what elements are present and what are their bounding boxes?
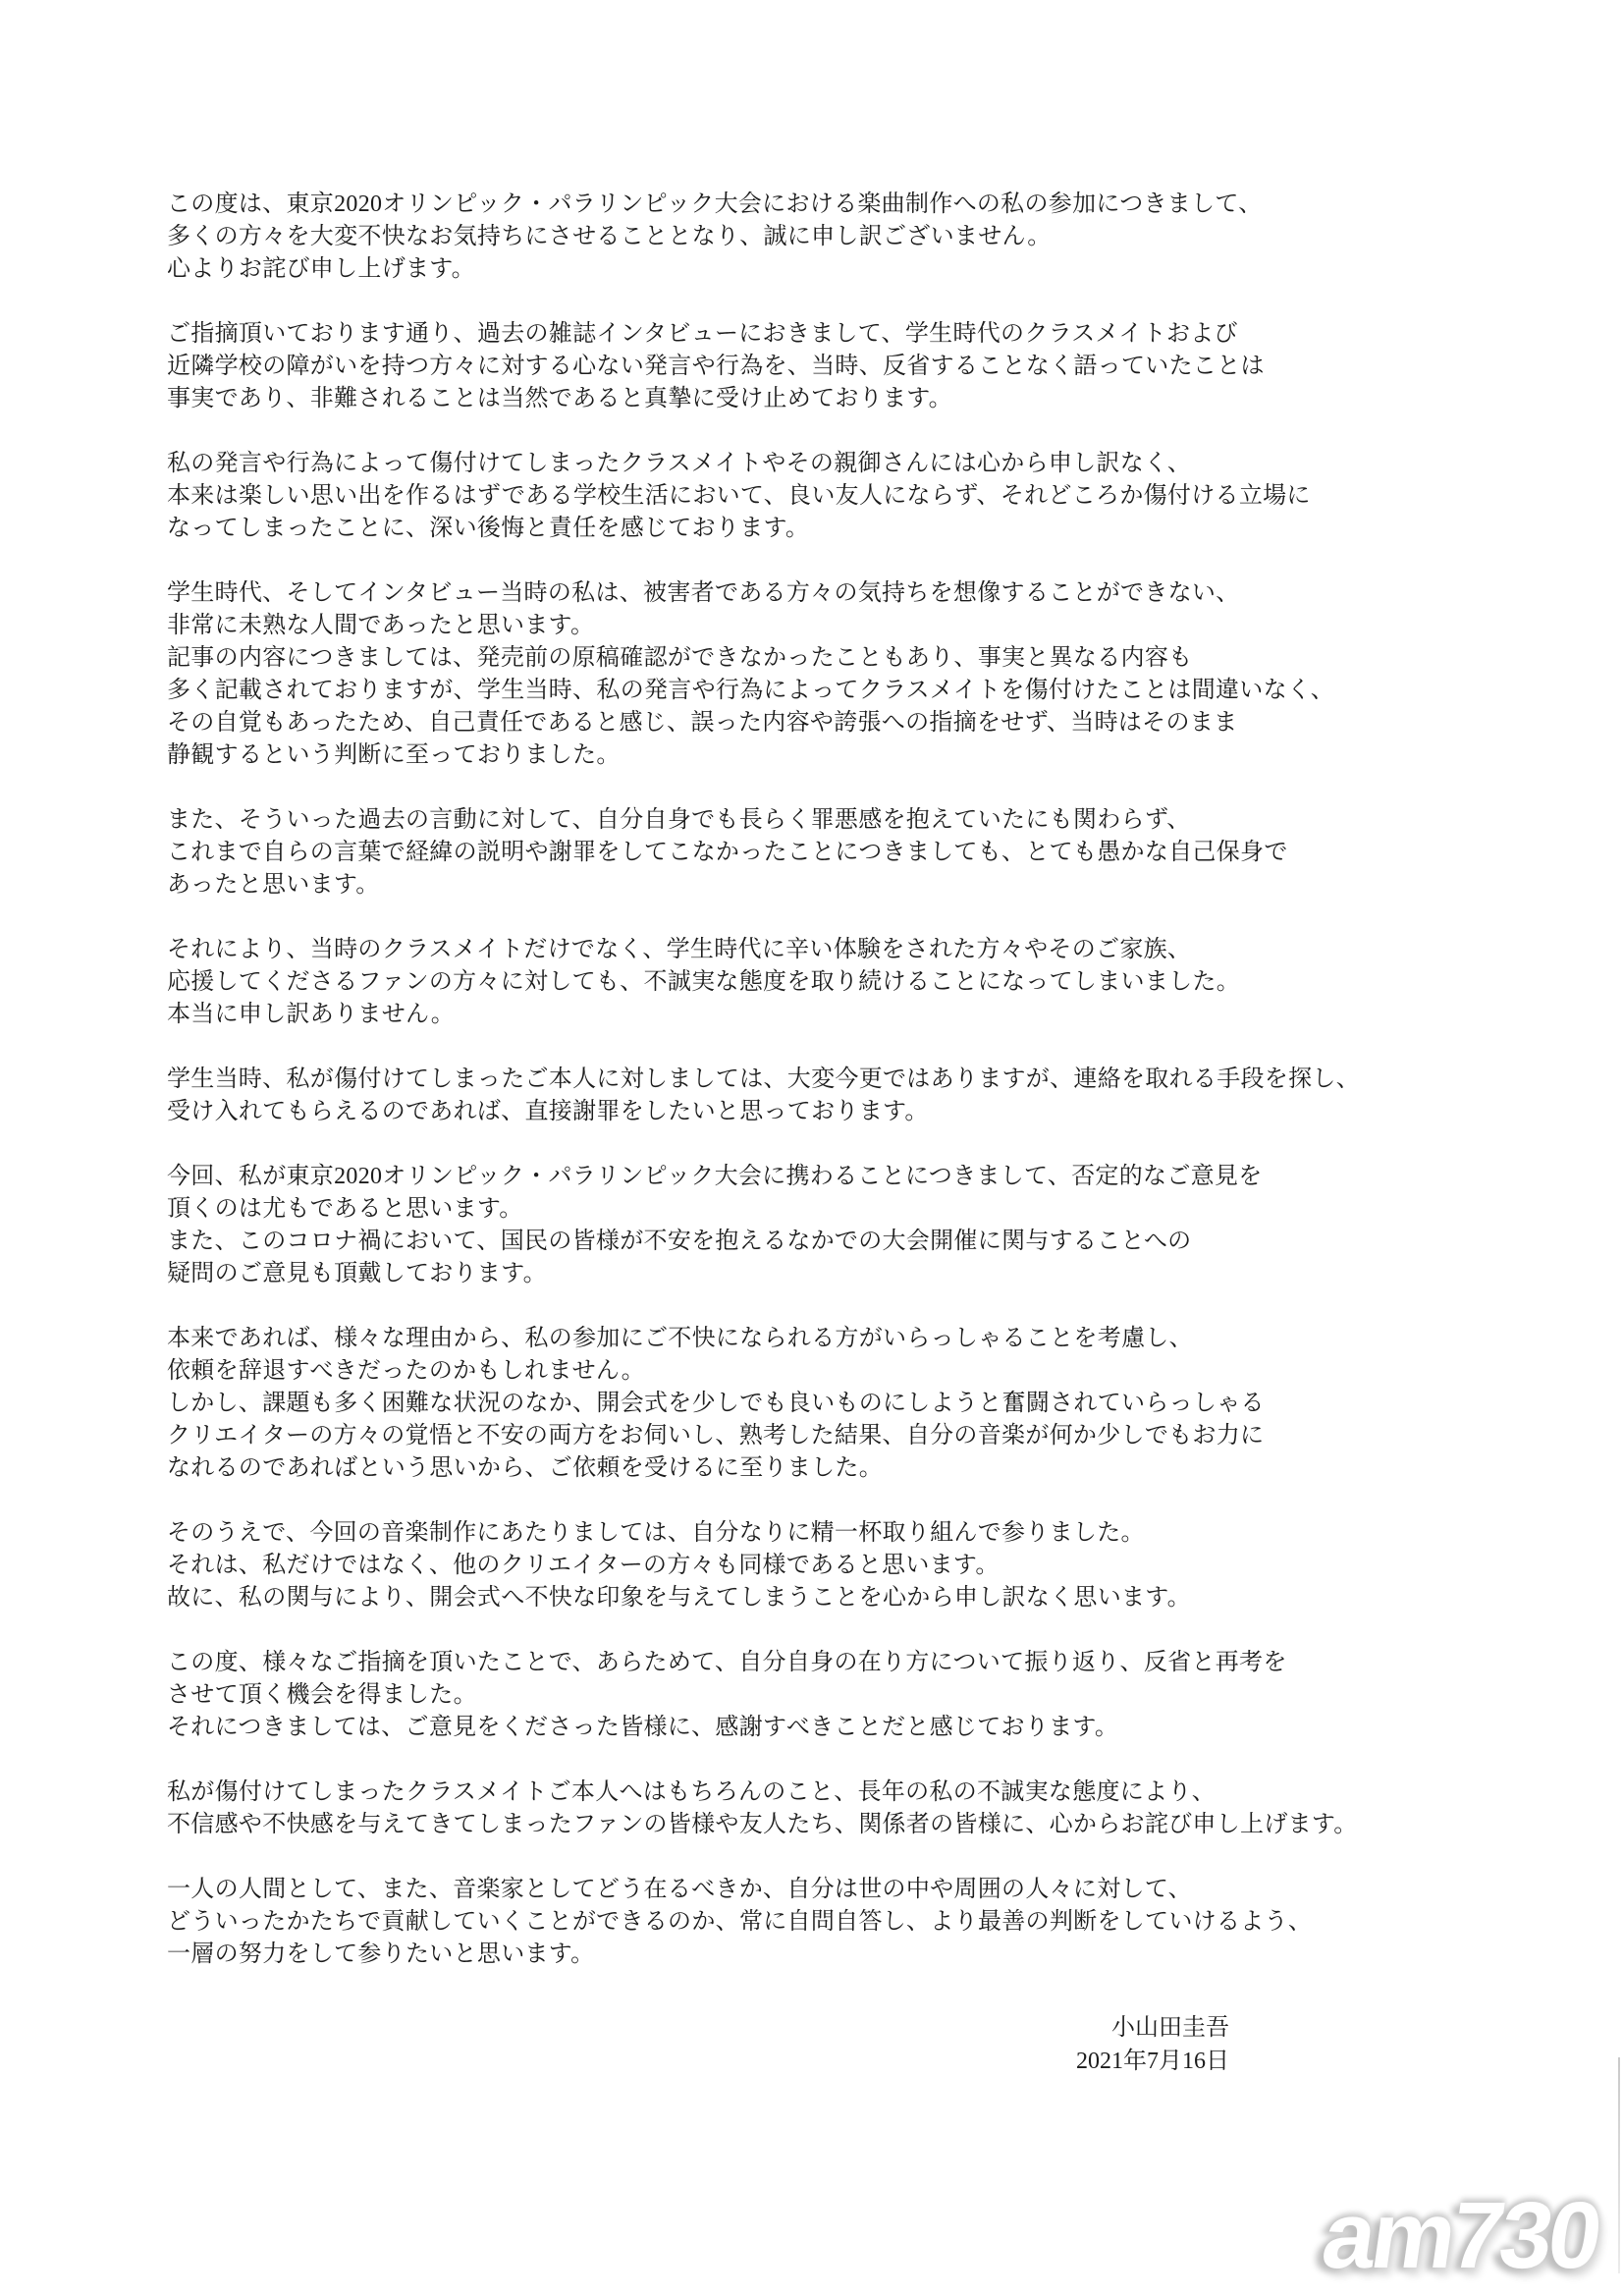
text-line: 本来であれば、様々な理由から、私の参加にご不快になられる方がいらっしゃることを考… [167,1323,1542,1355]
text-line: それは、私だけではなく、他のクリエイターの方々も同様であると思います。 [167,1550,1542,1582]
text-line: 応援してくださるファンの方々に対しても、不誠実な態度を取り続けることになってしま… [167,966,1542,999]
text-line: 非常に未熟な人間であったと思います。 [167,610,1542,642]
text-line: ご指摘頂いております通り、過去の雑誌インタビューにおきまして、学生時代のクラスメ… [167,318,1542,351]
paragraph: また、そういった過去の言動に対して、自分自身でも長らく罪悪感を抱えていたにも関わ… [167,804,1542,902]
text-line: 受け入れてもらえるのであれば、直接謝罪をしたいと思っております。 [167,1096,1542,1128]
text-line: また、そういった過去の言動に対して、自分自身でも長らく罪悪感を抱えていたにも関わ… [167,804,1542,837]
text-line: これまで自らの言葉で経緯の説明や謝罪をしてこなかったことにつきましても、とても愚… [167,837,1542,869]
am730-watermark-logo: am730 [1316,2182,1604,2290]
text-line: そのうえで、今回の音楽制作にあたりましては、自分なりに精一杯取り組んで参りました… [167,1517,1542,1550]
text-line: 学生時代、そしてインタビュー当時の私は、被害者である方々の気持ちを想像することが… [167,577,1542,610]
paragraph: 本来であれば、様々な理由から、私の参加にご不快になられる方がいらっしゃることを考… [167,1323,1542,1485]
text-line: あったと思います。 [167,869,1542,902]
paragraph: この度、様々なご指摘を頂いたことで、あらためて、自分自身の在り方について振り返り… [167,1647,1542,1744]
document-page: この度は、東京2020オリンピック・パラリンピック大会における楽曲制作への私の参… [0,0,1623,2296]
signature-name: 小山田圭吾 [167,2011,1229,2045]
text-line: 記事の内容につきましては、発売前の原稿確認ができなかったこともあり、事実と異なる… [167,642,1542,675]
text-line: なってしまったことに、深い後悔と責任を感じております。 [167,513,1542,545]
paragraph: 私が傷付けてしまったクラスメイトご本人へはもちろんのこと、長年の私の不誠実な態度… [167,1777,1542,1841]
text-line: 心よりお詫び申し上げます。 [167,253,1542,286]
paragraph: それにより、当時のクラスメイトだけでなく、学生時代に辛い体験をされた方々やそのご… [167,934,1542,1031]
text-line: 疑問のご意見も頂戴しております。 [167,1258,1542,1290]
signature-block: 小山田圭吾 2021年7月16日 [167,2011,1229,2078]
text-line: なれるのであればという思いから、ご依頼を受けるに至りました。 [167,1452,1542,1485]
paragraph: 今回、私が東京2020オリンピック・パラリンピック大会に携わることにつきまして、… [167,1161,1542,1290]
text-line: この度は、東京2020オリンピック・パラリンピック大会における楽曲制作への私の参… [167,189,1542,221]
text-line: 私の発言や行為によって傷付けてしまったクラスメイトやその親御さんには心から申し訳… [167,448,1542,480]
text-line: 本来は楽しい思い出を作るはずである学校生活において、良い友人にならず、それどころ… [167,480,1542,513]
text-line: また、このコロナ禍において、国民の皆様が不安を抱えるなかでの大会開催に関与するこ… [167,1226,1542,1258]
text-line: その自覚もあったため、自己責任であると感じ、誤った内容や誇張への指摘をせず、当時… [167,707,1542,739]
text-line: この度、様々なご指摘を頂いたことで、あらためて、自分自身の在り方について振り返り… [167,1647,1542,1679]
text-line: 一人の人間として、また、音楽家としてどう在るべきか、自分は世の中や周囲の人々に対… [167,1874,1542,1906]
paragraph: この度は、東京2020オリンピック・パラリンピック大会における楽曲制作への私の参… [167,189,1542,286]
paragraph: 私の発言や行為によって傷付けてしまったクラスメイトやその親御さんには心から申し訳… [167,448,1542,545]
text-line: 本当に申し訳ありません。 [167,999,1542,1031]
text-line: 不信感や不快感を与えてきてしまったファンの皆様や友人たち、関係者の皆様に、心から… [167,1809,1542,1841]
text-line: 静観するという判断に至っておりました。 [167,739,1542,772]
text-line: 故に、私の関与により、開会式へ不快な印象を与えてしまうことを心から申し訳なく思い… [167,1582,1542,1614]
text-line: 私が傷付けてしまったクラスメイトご本人へはもちろんのこと、長年の私の不誠実な態度… [167,1777,1542,1809]
page-edge-line [1618,2057,1620,2273]
paragraph: 一人の人間として、また、音楽家としてどう在るべきか、自分は世の中や周囲の人々に対… [167,1874,1542,1971]
text-line: 事実であり、非難されることは当然であると真摯に受け止めております。 [167,383,1542,415]
letter-body: この度は、東京2020オリンピック・パラリンピック大会における楽曲制作への私の参… [167,189,1542,2003]
text-line: 今回、私が東京2020オリンピック・パラリンピック大会に携わることにつきまして、… [167,1161,1542,1193]
paragraph: ご指摘頂いております通り、過去の雑誌インタビューにおきまして、学生時代のクラスメ… [167,318,1542,415]
signature-date: 2021年7月16日 [167,2045,1229,2078]
text-line: 頂くのは尤もであると思います。 [167,1193,1542,1226]
text-line: どういったかたちで貢献していくことができるのか、常に自問自答し、より最善の判断を… [167,1906,1542,1939]
text-line: しかし、課題も多く困難な状況のなか、開会式を少しでも良いものにしようと奮闘されて… [167,1388,1542,1420]
text-line: 学生当時、私が傷付けてしまったご本人に対しましては、大変今更ではありますが、連絡… [167,1064,1542,1096]
text-line: それにつきましては、ご意見をくださった皆様に、感謝すべきことだと感じております。 [167,1712,1542,1744]
text-line: 依頼を辞退すべきだったのかもしれません。 [167,1355,1542,1388]
paragraph: 学生時代、そしてインタビュー当時の私は、被害者である方々の気持ちを想像することが… [167,577,1542,772]
text-line: 多く記載されておりますが、学生当時、私の発言や行為によってクラスメイトを傷付けた… [167,675,1542,707]
text-line: 多くの方々を大変不快なお気持ちにさせることとなり、誠に申し訳ございません。 [167,221,1542,253]
paragraph: そのうえで、今回の音楽制作にあたりましては、自分なりに精一杯取り組んで参りました… [167,1517,1542,1614]
paragraph: 学生当時、私が傷付けてしまったご本人に対しましては、大変今更ではありますが、連絡… [167,1064,1542,1128]
text-line: クリエイターの方々の覚悟と不安の両方をお伺いし、熟考した結果、自分の音楽が何か少… [167,1420,1542,1452]
text-line: させて頂く機会を得ました。 [167,1679,1542,1712]
text-line: 近隣学校の障がいを持つ方々に対する心ない発言や行為を、当時、反省することなく語っ… [167,351,1542,383]
text-line: 一層の努力をして参りたいと思います。 [167,1939,1542,1971]
text-line: それにより、当時のクラスメイトだけでなく、学生時代に辛い体験をされた方々やそのご… [167,934,1542,966]
